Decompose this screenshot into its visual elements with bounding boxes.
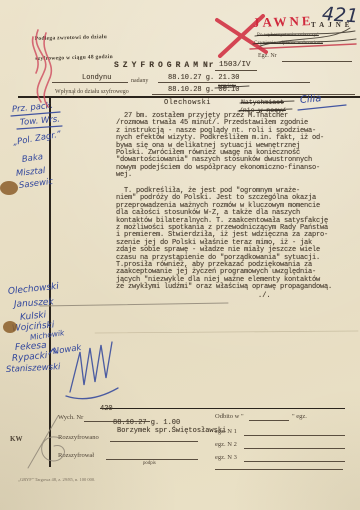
received-datetime: 88.10.28 g. 00.10 — [168, 86, 239, 94]
return-stamp: Podlega zwrotowi do działu szyfrowego w … — [34, 21, 113, 75]
sent-out-datetime: 88.10.27 g. 1.00 — [113, 419, 180, 427]
printer-imprint: „GRYF” Targowa 48, z. 29/85, n. 100 000. — [18, 477, 95, 482]
copy-row-2: egz. N 2 — [215, 441, 237, 448]
copy-row-2-line — [244, 448, 345, 449]
jawne-stamp: JAWNE — [253, 13, 314, 31]
body-paragraph-2: T. podkreśliła, że jest pod "ogromnym wr… — [116, 188, 332, 292]
origin-line — [52, 82, 128, 83]
telegram-nr-label: Nr — [203, 61, 215, 70]
crossed-note-line1: Po wykorzystaniu zniszczyć — [257, 33, 319, 38]
ink-blots — [0, 181, 18, 333]
crossed-note-line2: Czynienie odpisów wzbronione — [254, 41, 323, 46]
return-stamp-line2: szyfrowego w ciągu 48 godzin — [35, 53, 113, 62]
egz-nr-label: Egz. Nr — [258, 53, 277, 59]
copy-row-3: egz. N 3 — [215, 454, 237, 461]
distribution-name-9: Staniszewski — [6, 362, 61, 375]
sent-label: nadany — [131, 78, 148, 84]
addressee: Olechowski — [164, 99, 211, 107]
priority-handwritten: Cilia — [300, 93, 322, 106]
return-stamp-line1: Podlega zwrotowi do działu — [35, 34, 113, 43]
copies-suffix: " egz. — [292, 413, 307, 420]
wych-nr-value: 420 — [100, 405, 113, 413]
signature-hint: podpis — [143, 461, 156, 466]
telegram-number: 1503/IV — [219, 61, 251, 69]
operators: Borzymek spr.Świętosławski — [117, 427, 226, 435]
kw-mark: KW — [10, 435, 22, 443]
copies-prefix: Odbito w " — [215, 413, 244, 420]
margin-note-5: Misztal — [15, 166, 45, 179]
distribution-name-8: Rypacki — [12, 351, 48, 364]
body-paragraph-1: 27 bm. zostałem przyjęty przez M.Thatche… — [116, 113, 324, 180]
copy-row-3-line — [244, 461, 345, 462]
telegram-number-line — [215, 70, 257, 71]
distribution-name-1: Olechowski — [7, 282, 59, 297]
deciphered-line — [110, 441, 198, 442]
margin-note-3: „Pol. Zagr.” — [12, 130, 62, 148]
copies-count-line — [249, 420, 289, 421]
margin-note-1: Prz. pack. — [11, 101, 53, 115]
copy-row-1: egz. N 1 — [215, 428, 237, 435]
margin-note-4: Baka — [21, 152, 43, 165]
decipherer-label: Rozszyfrował — [58, 452, 94, 459]
pencil-marks — [28, 303, 358, 468]
decipherer-line — [106, 459, 198, 460]
wych-nr-label: Wych. Nr — [58, 414, 83, 421]
priority-line1: Natychmiast — [241, 99, 284, 106]
received-line — [152, 94, 355, 95]
scanned-telegram-sheet: Podlega zwrotowi do działu szyfrowego w … — [0, 0, 360, 510]
distribution-name-7: Nowak — [52, 343, 82, 357]
telegram-title: SZYFROGRAM — [114, 61, 202, 70]
body-end-mark: ./. — [258, 292, 271, 300]
handwritten-page-number: 421 — [321, 3, 359, 27]
deciphered-label: Rozszyfrowano — [58, 434, 99, 441]
extra-bottom-line — [215, 469, 343, 470]
sent-datetime: 88.10.27 g. 21.30 — [168, 74, 239, 82]
origin-city: Londynu — [82, 74, 111, 82]
footer-divider-rule — [100, 408, 345, 409]
copy-row-1-line — [244, 435, 345, 436]
egz-nr-line — [282, 61, 352, 62]
distribution-name-2: Januszek — [14, 297, 54, 310]
received-dept-label: Wpłynął do działu szyfrowego — [55, 89, 129, 95]
margin-note-2: Tow. Wrs. — [20, 115, 61, 128]
